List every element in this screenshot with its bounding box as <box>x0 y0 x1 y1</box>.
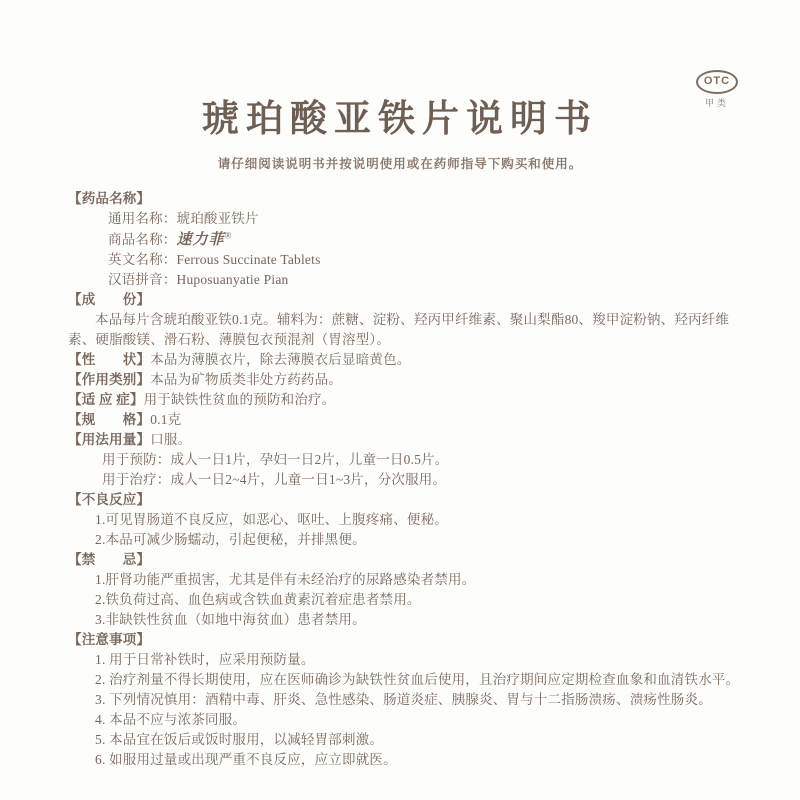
english-name-line: 英文名称：Ferrous Succinate Tablets <box>68 250 740 270</box>
section-heading-drug-name: 【药品名称】 <box>68 189 740 209</box>
section-indications: 【适 应 症】用于缺铁性贫血的预防和治疗。 <box>68 390 740 410</box>
precaution-item: 5. 本品宜在饭后或饭时服用，以减轻胃部刺激。 <box>68 730 740 750</box>
section-heading-strength: 【规 格】 <box>68 412 150 427</box>
description-text: 本品为薄膜衣片，除去薄膜衣后显暗黄色。 <box>150 352 410 367</box>
section-heading-adverse-reactions: 【不良反应】 <box>68 490 740 510</box>
otc-class-label: 甲类 <box>693 96 741 109</box>
contraindication-item: 1.肝肾功能严重损害，尤其是伴有未经治疗的尿路感染者禁用。 <box>68 570 740 590</box>
section-heading-dosage: 【用法用量】 <box>68 432 150 447</box>
page-title: 琥珀酸亚铁片说明书 <box>0 0 800 142</box>
brand-name-logo: 速力菲 <box>177 230 225 248</box>
precaution-item: 4. 本品不应与浓茶同服。 <box>68 710 740 730</box>
adverse-reaction-item: 2.本品可减少肠蠕动，引起便秘，并排黑便。 <box>68 530 740 550</box>
section-category: 【作用类别】本品为矿物质类非处方药药品。 <box>68 370 740 390</box>
generic-name-line: 通用名称：琥珀酸亚铁片 <box>68 209 740 229</box>
dosage-route-text: 口服。 <box>150 432 191 447</box>
section-heading-category: 【作用类别】 <box>68 372 150 387</box>
dosage-prevention-line: 用于预防：成人一日1片，孕妇一日2片，儿童一日0.5片。 <box>68 450 740 470</box>
adverse-reaction-item: 1.可见胃肠道不良反应，如恶心、呕吐、上腹疼痛、便秘。 <box>68 510 740 530</box>
precaution-item: 1. 用于日常补铁时，应采用预防量。 <box>68 650 740 670</box>
contraindication-item: 3.非缺铁性贫血（如地中海贫血）患者禁用。 <box>68 610 740 630</box>
read-instructions-notice: 请仔细阅读说明书并按说明使用或在药师指导下购买和使用。 <box>0 154 800 172</box>
insert-body: 【药品名称】 通用名称：琥珀酸亚铁片 商品名称：速力菲® 英文名称：Ferrou… <box>68 189 740 770</box>
section-description: 【性 状】本品为薄膜衣片，除去薄膜衣后显暗黄色。 <box>68 350 740 370</box>
section-heading-precautions: 【注意事项】 <box>68 630 740 650</box>
registered-trademark-icon: ® <box>225 231 232 241</box>
indications-text: 用于缺铁性贫血的预防和治疗。 <box>144 392 336 407</box>
section-heading-contraindications: 【禁 忌】 <box>68 550 740 570</box>
section-strength: 【规 格】0.1克 <box>68 410 740 430</box>
dosage-treatment-line: 用于治疗：成人一日2~4片，儿童一日1~3片，分次服用。 <box>68 470 740 490</box>
composition-paragraph: 本品每片含琥珀酸亚铁0.1克。辅料为：蔗糖、淀粉、羟丙甲纤维素、聚山梨酯80、羧… <box>68 310 740 350</box>
otc-badge: OTC 甲类 <box>693 70 741 109</box>
otc-oval-icon: OTC <box>696 70 738 94</box>
precaution-item: 6. 如服用过量或出现严重不良反应，应立即就医。 <box>68 750 740 770</box>
section-heading-indications: 【适 应 症】 <box>68 392 144 407</box>
brand-name-line: 商品名称：速力菲® <box>68 229 740 250</box>
section-heading-description: 【性 状】 <box>68 352 150 367</box>
brand-name-label: 商品名称： <box>108 232 177 247</box>
precaution-item: 3. 下列情况慎用：酒精中毒、肝炎、急性感染、肠道炎症、胰腺炎、胃与十二指肠溃疡… <box>68 690 740 710</box>
precaution-item: 2. 治疗剂量不得长期使用，应在医师确诊为缺铁性贫血后使用，且治疗期间应定期检查… <box>68 670 740 690</box>
package-insert-page: OTC 甲类 琥珀酸亚铁片说明书 请仔细阅读说明书并按说明使用或在药师指导下购买… <box>0 0 800 800</box>
section-dosage: 【用法用量】口服。 <box>68 430 740 450</box>
strength-text: 0.1克 <box>150 412 181 427</box>
category-text: 本品为矿物质类非处方药药品。 <box>150 372 342 387</box>
contraindication-item: 2.铁负荷过高、血色病或含铁血黄素沉着症患者禁用。 <box>68 590 740 610</box>
section-heading-composition: 【成 份】 <box>68 290 740 310</box>
pinyin-name-line: 汉语拼音：Huposuanyatie Pian <box>68 270 740 290</box>
